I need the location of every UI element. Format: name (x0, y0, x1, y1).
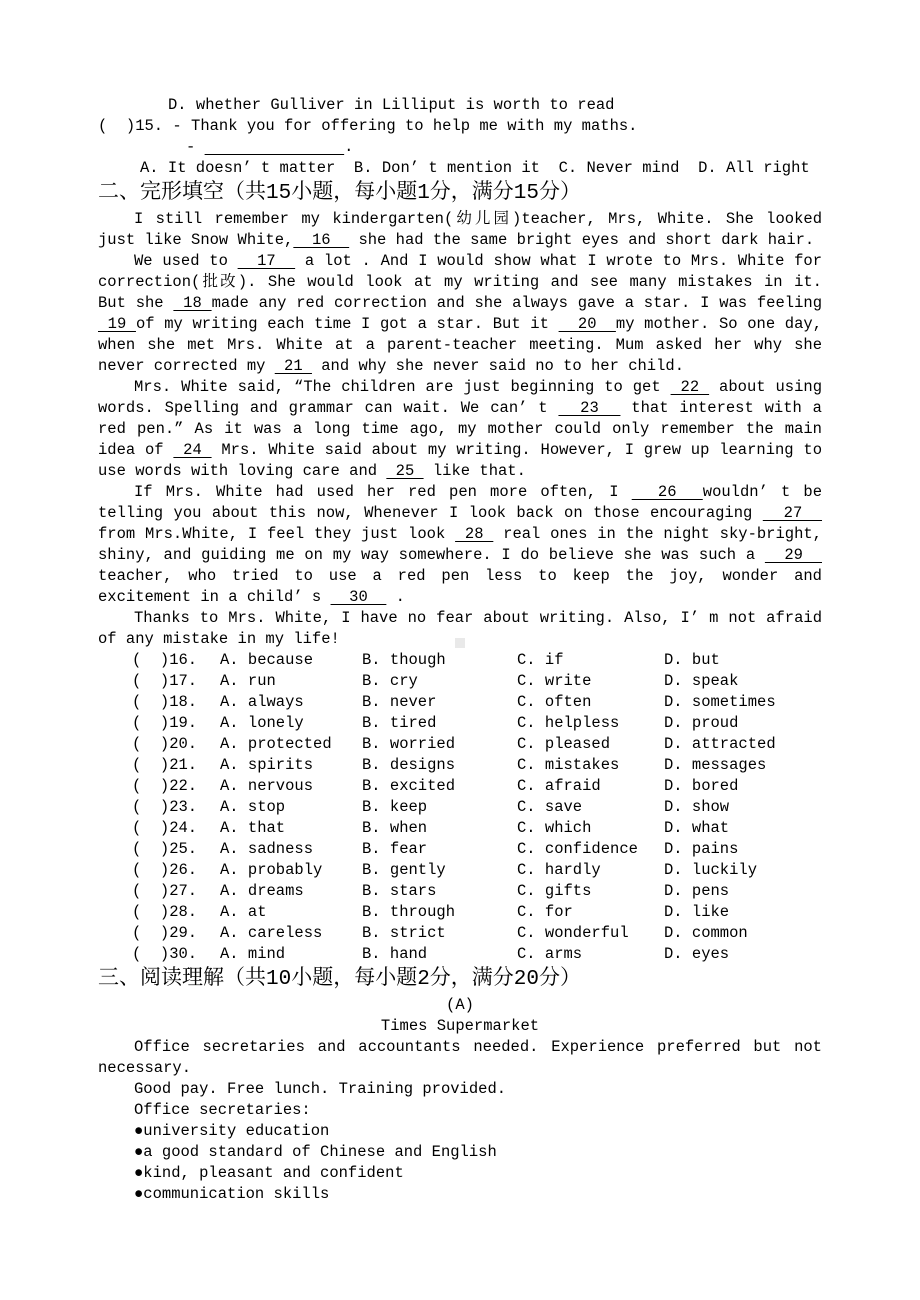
option-cell-d: D. but (664, 650, 720, 671)
option-cell-a: A. because (220, 650, 362, 671)
q15-reply-period: . (344, 138, 353, 156)
option-cell-c: C. helpless (517, 713, 664, 734)
cloze-paragraph: If Mrs. White had used her red pen more … (98, 482, 822, 608)
option-row: ( )24.A. thatB. whenC. whichD. what (98, 818, 822, 839)
requirement-item: ●communication skills (98, 1184, 822, 1205)
option-row: ( )23.A. stopB. keepC. saveD. show (98, 797, 822, 818)
option-row: ( )27.A. dreamsB. starsC. giftsD. pens (98, 881, 822, 902)
reading-ad-title: Times Supermarket (98, 1016, 822, 1037)
option-cell-b: B. excited (362, 776, 517, 797)
text-run: If Mrs. White had used her red pen more … (134, 483, 632, 501)
text-run: . (386, 588, 405, 606)
option-cell-d: D. messages (664, 755, 766, 776)
option-cell-d: D. luckily (664, 860, 757, 881)
cloze-blank: 30 (331, 588, 387, 606)
option-cell-c: C. gifts (517, 881, 664, 902)
option-cell-b: B. though (362, 650, 517, 671)
q15-answer-blank (205, 138, 345, 156)
text-run: teacher, who tried to use a red pen less… (98, 567, 822, 606)
option-cell-c: C. arms (517, 944, 664, 965)
option-cell-a: A. spirits (220, 755, 362, 776)
cloze-blank: 17 (238, 252, 296, 270)
cloze-blank: 27 (763, 504, 822, 522)
cloze-blank: 18 (173, 294, 211, 312)
q15-options: A. It doesn’ t matter B. Don’ t mention … (98, 158, 822, 179)
option-cell-d: D. common (664, 923, 748, 944)
text-run: We used to (134, 252, 238, 270)
option-row: ( )16.A. becauseB. thoughC. ifD. but (98, 650, 822, 671)
option-cell-a: A. careless (220, 923, 362, 944)
option-cell-q: ( )29. (132, 923, 220, 944)
option-cell-q: ( )16. (132, 650, 220, 671)
cloze-blank: 29 (765, 546, 822, 564)
option-cell-a: A. sadness (220, 839, 362, 860)
option-cell-b: B. fear (362, 839, 517, 860)
text-run: she had the same bright eyes and short d… (349, 231, 814, 249)
option-cell-a: A. that (220, 818, 362, 839)
cloze-section-heading: 二、完形填空（共15小题，每小题1分，满分15分） (98, 180, 822, 207)
option-row: ( )25.A. sadnessB. fearC. confidenceD. p… (98, 839, 822, 860)
option-cell-a: A. always (220, 692, 362, 713)
option-cell-q: ( )24. (132, 818, 220, 839)
text-run: like that. (424, 462, 526, 480)
exam-page: D. whether Gulliver in Lilliput is worth… (0, 0, 920, 1300)
cloze-passage: I still remember my kindergarten(幼儿园)tea… (98, 209, 822, 650)
option-cell-b: B. hand (362, 944, 517, 965)
option-cell-d: D. pens (664, 881, 729, 902)
option-cell-b: B. through (362, 902, 517, 923)
option-cell-c: C. pleased (517, 734, 664, 755)
option-cell-q: ( )22. (132, 776, 220, 797)
option-row: ( )21.A. spiritsB. designsC. mistakesD. … (98, 755, 822, 776)
cloze-options-table: ( )16.A. becauseB. thoughC. ifD. but( )1… (98, 650, 822, 965)
option-cell-b: B. worried (362, 734, 517, 755)
cloze-blank: 28 (455, 525, 493, 543)
option-row: ( )22.A. nervousB. excitedC. afraidD. bo… (98, 776, 822, 797)
text-run: Mrs. White said, “The children are just … (134, 378, 671, 396)
option-cell-c: C. confidence (517, 839, 664, 860)
cloze-paragraph: We used to 17 a lot . And I would show w… (98, 251, 822, 377)
option-cell-c: C. write (517, 671, 664, 692)
option-cell-a: A. protected (220, 734, 362, 755)
option-cell-q: ( )28. (132, 902, 220, 923)
scan-artifact-mark (455, 638, 465, 648)
reading-role-line: Office secretaries: (98, 1100, 822, 1121)
option-cell-b: B. cry (362, 671, 517, 692)
option-cell-d: D. eyes (664, 944, 729, 965)
option-cell-q: ( )21. (132, 755, 220, 776)
q15-reply-line: - . (98, 137, 822, 158)
option-cell-a: A. at (220, 902, 362, 923)
option-row: ( )26.A. probablyB. gentlyC. hardlyD. lu… (98, 860, 822, 881)
text-run: and why she never said no to her child. (312, 357, 684, 375)
option-cell-b: B. strict (362, 923, 517, 944)
option-cell-c: C. if (517, 650, 664, 671)
text-run: of my writing each time I got a star. Bu… (136, 315, 559, 333)
option-cell-a: A. mind (220, 944, 362, 965)
option-cell-q: ( )30. (132, 944, 220, 965)
cloze-blank: 21 (275, 357, 312, 375)
requirement-item: ●a good standard of Chinese and English (98, 1142, 822, 1163)
option-row: ( )30.A. mindB. handC. armsD. eyes (98, 944, 822, 965)
cloze-blank: 23 (558, 399, 620, 417)
option-cell-d: D. what (664, 818, 729, 839)
option-cell-a: A. lonely (220, 713, 362, 734)
cloze-blank: 16 (293, 231, 349, 249)
requirement-item: ●university education (98, 1121, 822, 1142)
option-row: ( )17.A. runB. cryC. writeD. speak (98, 671, 822, 692)
option-cell-q: ( )26. (132, 860, 220, 881)
option-cell-a: A. dreams (220, 881, 362, 902)
option-cell-q: ( )25. (132, 839, 220, 860)
option-cell-d: D. show (664, 797, 729, 818)
q14-option-d: D. whether Gulliver in Lilliput is worth… (98, 95, 822, 116)
cloze-blank: 25 (386, 462, 423, 480)
requirements-list: ●university education●a good standard of… (98, 1121, 822, 1205)
option-cell-c: C. for (517, 902, 664, 923)
text-run: from Mrs.White, I feel they just look (98, 525, 455, 543)
option-row: ( )28.A. atB. throughC. forD. like (98, 902, 822, 923)
option-cell-c: C. save (517, 797, 664, 818)
cloze-blank: 22 (671, 378, 710, 396)
option-cell-b: B. tired (362, 713, 517, 734)
option-cell-q: ( )27. (132, 881, 220, 902)
q15-question: ( )15. - Thank you for offering to help … (98, 116, 822, 137)
reading-perks-line: Good pay. Free lunch. Training provided. (98, 1079, 822, 1100)
option-row: ( )29.A. carelessB. strictC. wonderfulD.… (98, 923, 822, 944)
option-cell-q: ( )19. (132, 713, 220, 734)
option-row: ( )19.A. lonelyB. tiredC. helplessD. pro… (98, 713, 822, 734)
cloze-paragraph: Mrs. White said, “The children are just … (98, 377, 822, 482)
cloze-blank: 26 (632, 483, 703, 501)
option-cell-d: D. like (664, 902, 729, 923)
option-cell-c: C. afraid (517, 776, 664, 797)
option-cell-a: A. run (220, 671, 362, 692)
text-run: made any red correction and she always g… (212, 294, 822, 312)
option-cell-q: ( )20. (132, 734, 220, 755)
option-cell-d: D. proud (664, 713, 738, 734)
option-cell-q: ( )18. (132, 692, 220, 713)
option-cell-c: C. hardly (517, 860, 664, 881)
option-cell-c: C. wonderful (517, 923, 664, 944)
cloze-blank: 20 (559, 315, 616, 333)
reading-part-label: (A) (98, 995, 822, 1016)
option-cell-b: B. gently (362, 860, 517, 881)
option-cell-q: ( )23. (132, 797, 220, 818)
option-cell-c: C. mistakes (517, 755, 664, 776)
cloze-paragraph: I still remember my kindergarten(幼儿园)tea… (98, 209, 822, 251)
option-cell-d: D. pains (664, 839, 738, 860)
reading-section-heading: 三、阅读理解（共10小题，每小题2分，满分20分） (98, 966, 822, 993)
option-cell-c: C. often (517, 692, 664, 713)
option-cell-b: B. when (362, 818, 517, 839)
option-cell-q: ( )17. (132, 671, 220, 692)
reading-intro-paragraph: Office secretaries and accountants neede… (98, 1037, 822, 1079)
option-row: ( )20.A. protectedB. worriedC. pleasedD.… (98, 734, 822, 755)
cloze-blank: 19 (98, 315, 136, 333)
option-row: ( )18.A. alwaysB. neverC. oftenD. someti… (98, 692, 822, 713)
q15-reply-dash: - (186, 138, 205, 156)
option-cell-b: B. stars (362, 881, 517, 902)
option-cell-d: D. attracted (664, 734, 776, 755)
option-cell-b: B. never (362, 692, 517, 713)
option-cell-a: A. probably (220, 860, 362, 881)
option-cell-b: B. designs (362, 755, 517, 776)
requirement-item: ●kind, pleasant and confident (98, 1163, 822, 1184)
option-cell-a: A. stop (220, 797, 362, 818)
option-cell-d: D. bored (664, 776, 738, 797)
option-cell-a: A. nervous (220, 776, 362, 797)
cloze-blank: 24 (173, 441, 211, 459)
exam-document-body: D. whether Gulliver in Lilliput is worth… (98, 95, 822, 1205)
option-cell-c: C. which (517, 818, 664, 839)
option-cell-d: D. speak (664, 671, 738, 692)
option-cell-b: B. keep (362, 797, 517, 818)
option-cell-d: D. sometimes (664, 692, 776, 713)
